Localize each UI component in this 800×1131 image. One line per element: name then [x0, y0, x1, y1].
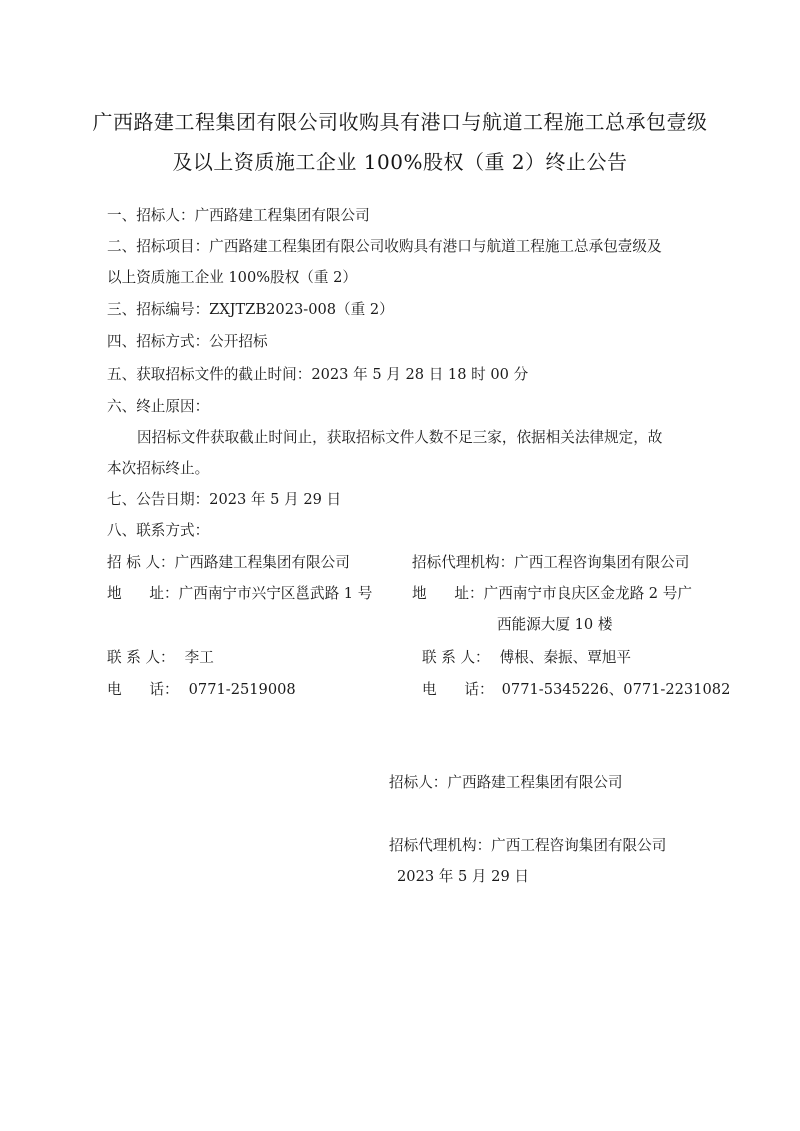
agency-name-value: 广西工程咨询集团有限公司	[514, 554, 689, 571]
agency-phone-label: 电 话：	[422, 681, 494, 698]
agency-address-value-line-2: 西能源大厦 10 楼	[497, 615, 612, 635]
tenderer-phone-row: 电 话：0771-2519008	[107, 680, 296, 700]
agency-person-value: 傅根、秦振、覃旭平	[500, 649, 631, 666]
document-page: 广西路建工程集团有限公司收购具有港口与航道工程施工总承包壹级 及以上资质施工企业…	[0, 0, 800, 1131]
document-title-line-2: 及以上资质施工企业 100%股权（重 2）终止公告	[0, 146, 800, 175]
agency-address-value-line-1: 广西南宁市良庆区金龙路 2 号广	[484, 585, 692, 602]
tenderer-phone-label: 电 话：	[107, 681, 179, 698]
section-tender-method: 四、招标方式：公开招标	[107, 332, 268, 352]
tenderer-name-row: 招 标 人：广西路建工程集团有限公司	[107, 553, 350, 573]
agency-phone-row: 电 话：0771-5345226、0771-2231082	[422, 680, 730, 700]
tenderer-address-label: 地 址：	[107, 585, 179, 602]
agency-person-label: 联 系 人：	[422, 649, 490, 666]
section-reason-line-1: 因招标文件获取截止时间止，获取招标文件人数不足三家，依据相关法律规定，故	[137, 428, 662, 448]
tenderer-name-label: 招 标 人：	[107, 554, 175, 571]
signature-agency: 招标代理机构：广西工程咨询集团有限公司	[389, 836, 666, 856]
section-announce-date: 七、公告日期：2023 年 5 月 29 日	[107, 490, 341, 510]
tenderer-person-row: 联 系 人：李工	[107, 648, 214, 668]
section-reason-heading: 六、终止原因：	[107, 397, 209, 417]
signature-tenderer: 招标人：广西路建工程集团有限公司	[389, 773, 623, 793]
section-tender-number: 三、招标编号：ZXJTZB2023-008（重 2）	[107, 300, 394, 320]
tenderer-person-label: 联 系 人：	[107, 649, 175, 666]
section-tenderer: 一、招标人：广西路建工程集团有限公司	[107, 206, 370, 226]
section-project-line-2: 以上资质施工企业 100%股权（重 2）	[107, 268, 357, 288]
tenderer-person-value: 李工	[185, 649, 214, 666]
section-contact-heading: 八、联系方式：	[107, 521, 209, 541]
document-title-line-1: 广西路建工程集团有限公司收购具有港口与航道工程施工总承包壹级	[0, 106, 800, 135]
section-project-line-1: 二、招标项目：广西路建工程集团有限公司收购具有港口与航道工程施工总承包壹级及	[107, 237, 662, 257]
tenderer-address-row: 地 址：广西南宁市兴宁区邕武路 1 号	[107, 584, 372, 604]
agency-address-label: 地 址：	[412, 585, 484, 602]
agency-address-row: 地 址：广西南宁市良庆区金龙路 2 号广	[412, 584, 692, 604]
tenderer-address-value: 广西南宁市兴宁区邕武路 1 号	[179, 585, 373, 602]
tenderer-phone-value: 0771-2519008	[189, 681, 296, 698]
tenderer-name-value: 广西路建工程集团有限公司	[175, 554, 350, 571]
agency-phone-value: 0771-5345226、0771-2231082	[502, 681, 731, 698]
section-reason-line-2: 本次招标终止。	[107, 459, 209, 479]
agency-person-row: 联 系 人：傅根、秦振、覃旭平	[422, 648, 631, 668]
agency-name-row: 招标代理机构：广西工程咨询集团有限公司	[412, 553, 689, 573]
signature-date: 2023 年 5 月 29 日	[397, 867, 529, 887]
agency-name-label: 招标代理机构：	[412, 554, 514, 571]
section-deadline: 五、获取招标文件的截止时间：2023 年 5 月 28 日 18 时 00 分	[107, 365, 528, 385]
